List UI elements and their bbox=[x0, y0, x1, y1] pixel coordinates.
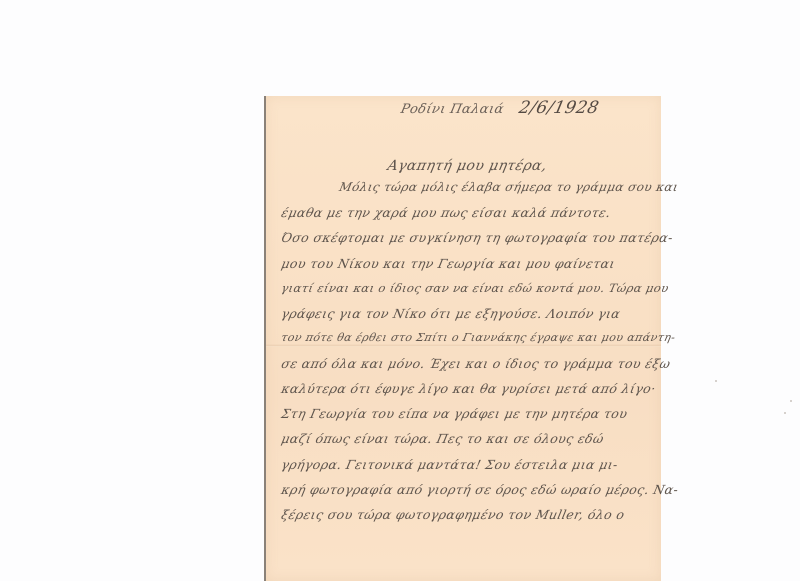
letter-salutation: Αγαπητή μου μητέρα, bbox=[386, 158, 548, 174]
letter-line: γιατί είναι και ο ίδιος σαν να είναι εδώ… bbox=[280, 281, 670, 295]
letter-line: μου του Νίκου και την Γεωργία και μου φα… bbox=[280, 256, 617, 271]
scan-speck bbox=[790, 400, 792, 402]
letter-line: Μόλις τώρα μόλις έλαβα σήμερα το γράμμα … bbox=[338, 180, 680, 194]
scan-background: Ροδίνι Παλαιά 2/6/1928 Αγαπητή μου μητέρ… bbox=[0, 0, 800, 581]
scan-speck bbox=[715, 380, 717, 382]
letter-line: Όσο σκέφτομαι με συγκίνηση τη φωτογραφία… bbox=[280, 230, 675, 245]
letter-line: έμαθα με την χαρά μου πως είσαι καλά πάν… bbox=[280, 205, 612, 220]
letter-page: Ροδίνι Παλαιά 2/6/1928 Αγαπητή μου μητέρ… bbox=[264, 96, 661, 581]
letter-line: ξέρεις σου τώρα φωτογραφημένο τον Muller… bbox=[280, 507, 626, 522]
letter-date: 2/6/1928 bbox=[517, 98, 601, 118]
letter-place: Ροδίνι Παλαιά bbox=[399, 102, 505, 117]
letter-line: γράφεις για τον Νίκο ότι με εξηγούσε. Λο… bbox=[280, 306, 622, 321]
letter-line: Στη Γεωργία του είπα να γράφει με την μη… bbox=[280, 406, 629, 421]
letter-line: μαζί όπως είναι τώρα. Πες το και σε όλου… bbox=[280, 431, 605, 446]
letter-line: σε από όλα και μόνο. Έχει και ο ίδιος το… bbox=[280, 356, 672, 371]
letter-line: κρή φωτογραφία από γιορτή σε όρος εδώ ωρ… bbox=[280, 482, 680, 497]
paper-fold-line bbox=[266, 344, 661, 347]
letter-line: τον πότε θα έρθει στο Σπίτι ο Γιαννάκης … bbox=[280, 331, 677, 344]
letter-dateline: Ροδίνι Παλαιά 2/6/1928 bbox=[399, 98, 601, 118]
letter-line: καλύτερα ότι έφυγε λίγο και θα γυρίσει μ… bbox=[280, 381, 657, 396]
letter-line: γρήγορα. Γειτονικά μαντάτα! Σου έστειλα … bbox=[280, 457, 619, 472]
scan-speck bbox=[784, 412, 786, 414]
